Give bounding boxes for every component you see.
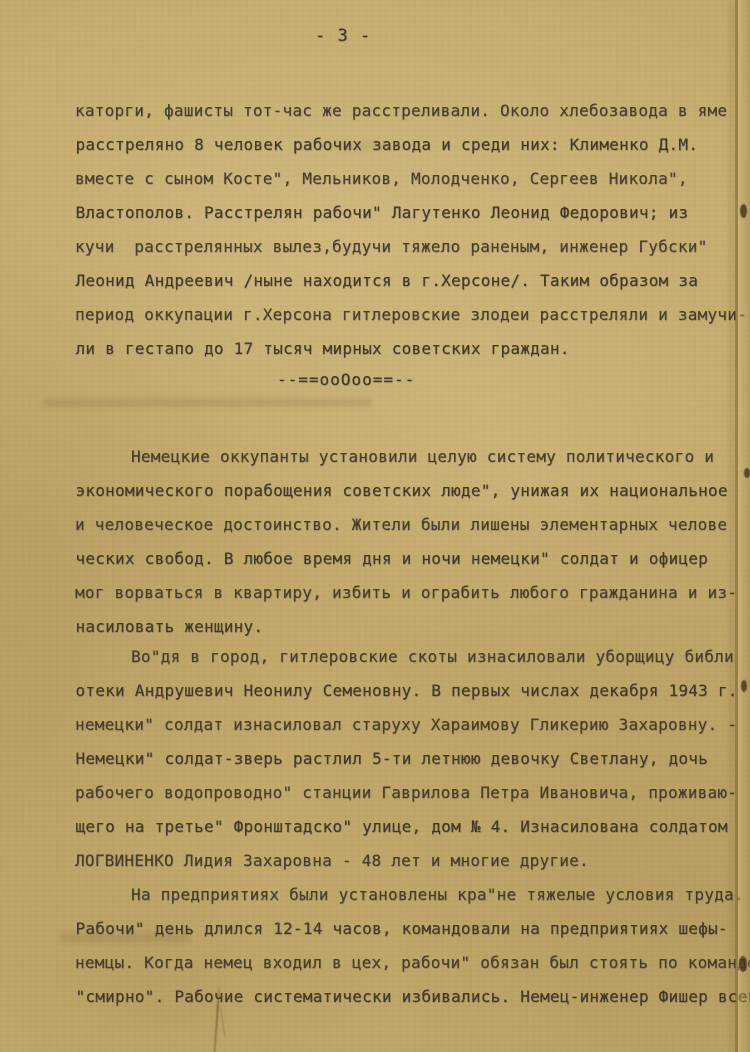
text-line: ческих свобод. В любое время дня и ночи …: [76, 542, 750, 576]
text-line: Леонид Андреевич /ныне находится в г.Хер…: [76, 264, 750, 298]
adjacent-page-edge: [738, 0, 750, 1052]
text-line: "смирно". Рабочие систематически избивал…: [76, 980, 750, 1014]
text-line: кучи расстрелянных вылез,будучи тяжело р…: [75, 230, 750, 264]
ghost-text-smudge: [42, 398, 372, 407]
edge-ink-mark: [740, 204, 747, 218]
ghost-text-smudge: [60, 933, 190, 942]
text-line: ли в гестапо до 17 тысяч мирных советски…: [76, 332, 750, 366]
text-line: Немецкие оккупанты установили целую сист…: [75, 440, 750, 474]
edge-ink-mark: [744, 468, 750, 478]
text-line: экономического порабощения советских люд…: [76, 474, 750, 508]
text-line: насиловать женщину.: [76, 610, 750, 644]
text-line: отеки Андрушевич Неонилу Семеновну. В пе…: [76, 674, 750, 708]
scanned-document-page: - 3 - каторги, фашисты тот-час же расстр…: [0, 0, 750, 1052]
paragraph-executions: каторги, фашисты тот-час же расстреливал…: [75, 94, 750, 366]
text-line: ЛОГВИНЕНКО Лидия Захаровна - 48 лет и мн…: [75, 844, 750, 878]
edge-ink-mark: [741, 680, 747, 692]
paragraph-atrocities: Во"дя в город, гитлеровские скоты изнаси…: [75, 640, 750, 878]
paragraph-oppression: Немецкие оккупанты установили целую сист…: [75, 440, 750, 644]
section-separator: --==ooOoo==--: [277, 370, 415, 389]
text-line: каторги, фашисты тот-час же расстреливал…: [75, 94, 750, 128]
text-line: и человеческое достоинство. Жители были …: [75, 508, 750, 542]
ghost-text-smudge: [330, 142, 390, 150]
edge-ink-mark: [739, 956, 747, 972]
text-line: щего на третье" Фронштадско" улице, дом …: [76, 810, 750, 844]
paragraph-labor-conditions: На предприятиях были установлены кра"не …: [75, 878, 750, 1014]
text-line: немецки" солдат изнасиловал старуху Хара…: [75, 708, 750, 742]
text-line: Властополов. Расстрелян рабочи" Лагутенк…: [76, 196, 750, 230]
text-line: мог ворваться в квартиру, избить и ограб…: [75, 576, 750, 610]
text-line: вместе с сыном Косте", Мельников, Молодч…: [75, 162, 750, 196]
text-line: период оккупации г.Херсона гитлеровские …: [75, 298, 750, 332]
text-line: немцы. Когда немец входил в цех, рабочи"…: [75, 946, 750, 980]
page-number: - 3 -: [315, 26, 371, 46]
text-line: рабочего водопроводно" станции Гаврилова…: [75, 776, 750, 810]
text-line: Немецки" солдат-зверь растлил 5-ти летню…: [76, 742, 750, 776]
text-line: расстреляно 8 человек рабочих завода и с…: [76, 128, 750, 162]
text-line: На предприятиях были установлены кра"не …: [75, 878, 750, 912]
text-line: Во"дя в город, гитлеровские скоты изнаси…: [75, 640, 750, 674]
